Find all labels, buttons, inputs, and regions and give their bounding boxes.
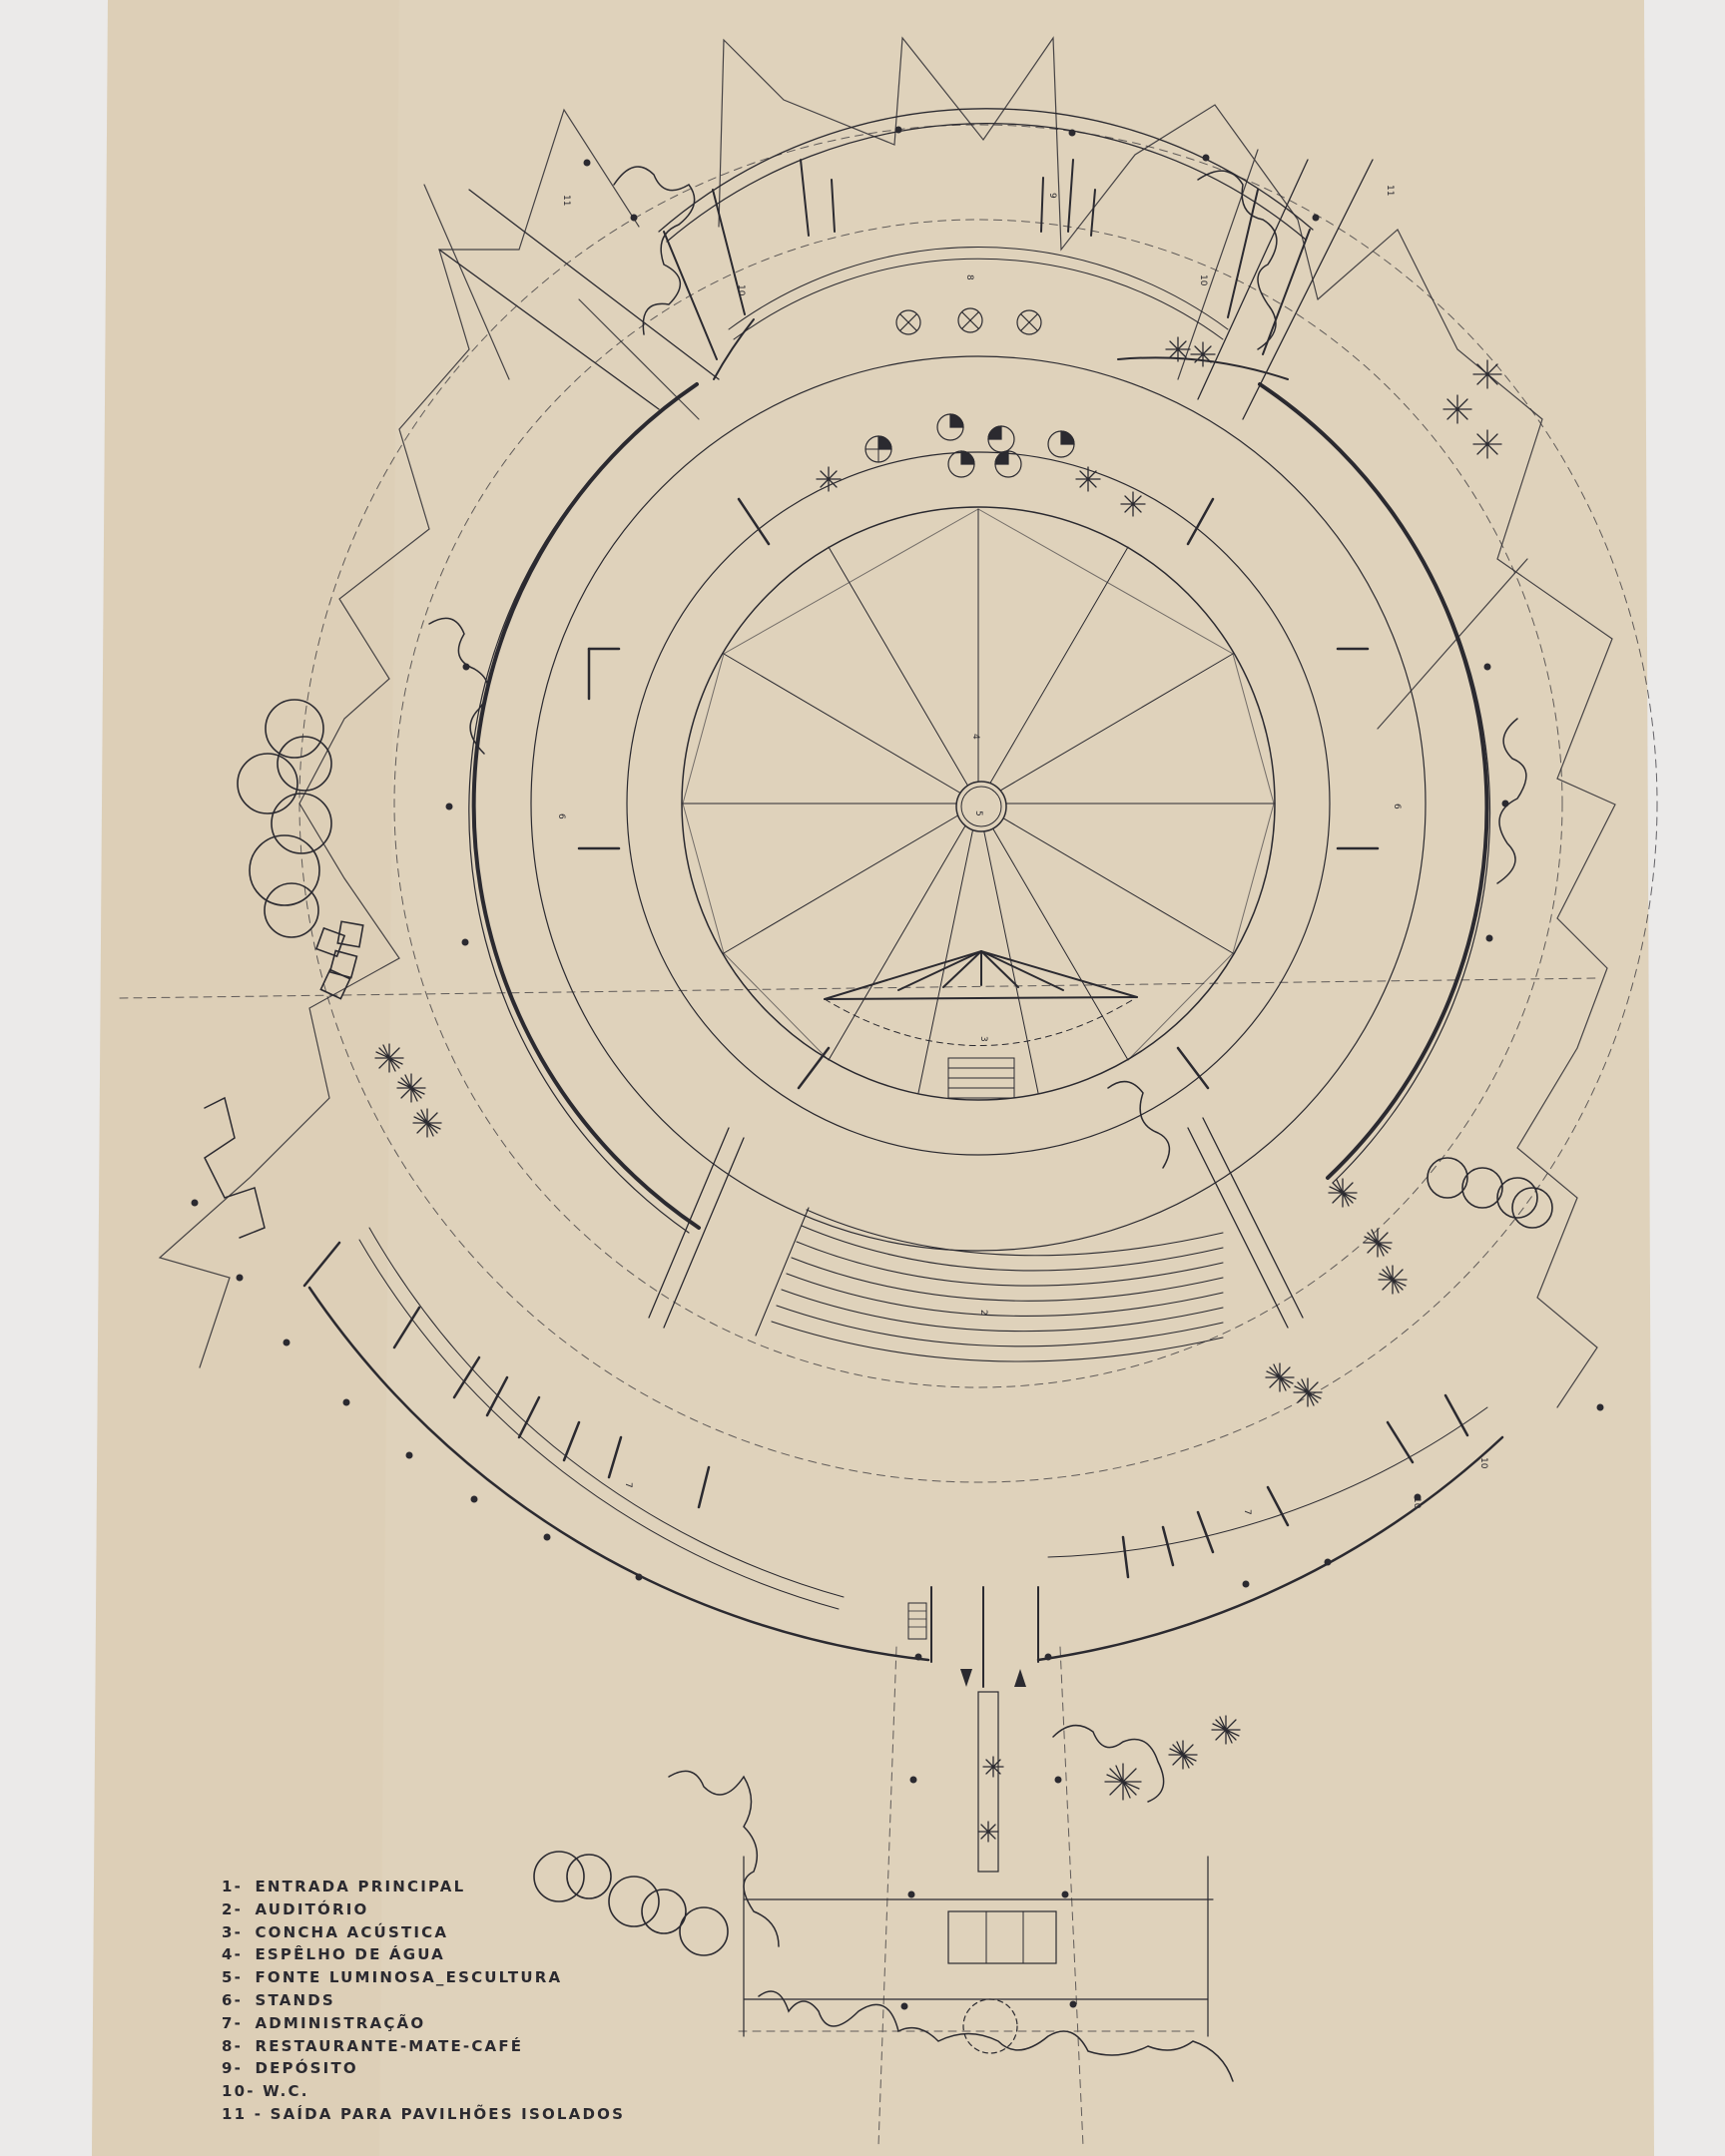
svg-text:2: 2 (978, 1310, 988, 1316)
svg-text:4: 4 (970, 734, 980, 740)
svg-text:8: 8 (964, 274, 974, 280)
luminous-fountain (956, 782, 1006, 831)
svg-text:7: 7 (623, 1482, 633, 1488)
svg-text:7: 7 (1242, 1509, 1252, 1515)
legend-item: 4- ESPÊLHO DE ÁGUA (222, 1943, 625, 1966)
legend-item: 3- CONCHA ACÚSTICA (222, 1921, 625, 1944)
svg-text:11: 11 (561, 195, 571, 206)
svg-text:10: 10 (1198, 274, 1208, 286)
legend-item: 1- ENTRADA PRINCIPAL (222, 1876, 625, 1898)
legend-item: 11 - SAÍDA PARA PAVILHÕES ISOLADOS (222, 2103, 625, 2126)
legend-item: 2- AUDITÓRIO (222, 1898, 625, 1921)
svg-text:10: 10 (1412, 1497, 1422, 1509)
svg-text:6: 6 (556, 813, 566, 819)
svg-text:5: 5 (973, 810, 983, 816)
svg-text:10: 10 (736, 284, 746, 296)
svg-text:9: 9 (1047, 193, 1057, 199)
legend-item: 7- ADMINISTRAÇÃO (222, 2012, 625, 2035)
legend-item: 6- STANDS (222, 1989, 625, 2012)
legend-item: 10- W.C. (222, 2080, 625, 2103)
svg-text:10: 10 (1478, 1457, 1488, 1469)
svg-text:11: 11 (1385, 185, 1395, 196)
site-plan-drawing: 4 5 3 2 6 6 10 10 8 9 11 11 7 7 10 10 (0, 0, 1725, 2156)
legend-item: 9- DEPÓSITO (222, 2057, 625, 2080)
svg-text:3: 3 (978, 1036, 988, 1042)
legend-item: 5- FONTE LUMINOSA_ESCULTURA (222, 1966, 625, 1989)
legend-item: 8- RESTAURANTE-MATE-CAFÉ (222, 2035, 625, 2058)
svg-text:6: 6 (1392, 804, 1402, 809)
plan-legend: 1- ENTRADA PRINCIPAL 2- AUDITÓRIO 3- CON… (222, 1876, 625, 2126)
